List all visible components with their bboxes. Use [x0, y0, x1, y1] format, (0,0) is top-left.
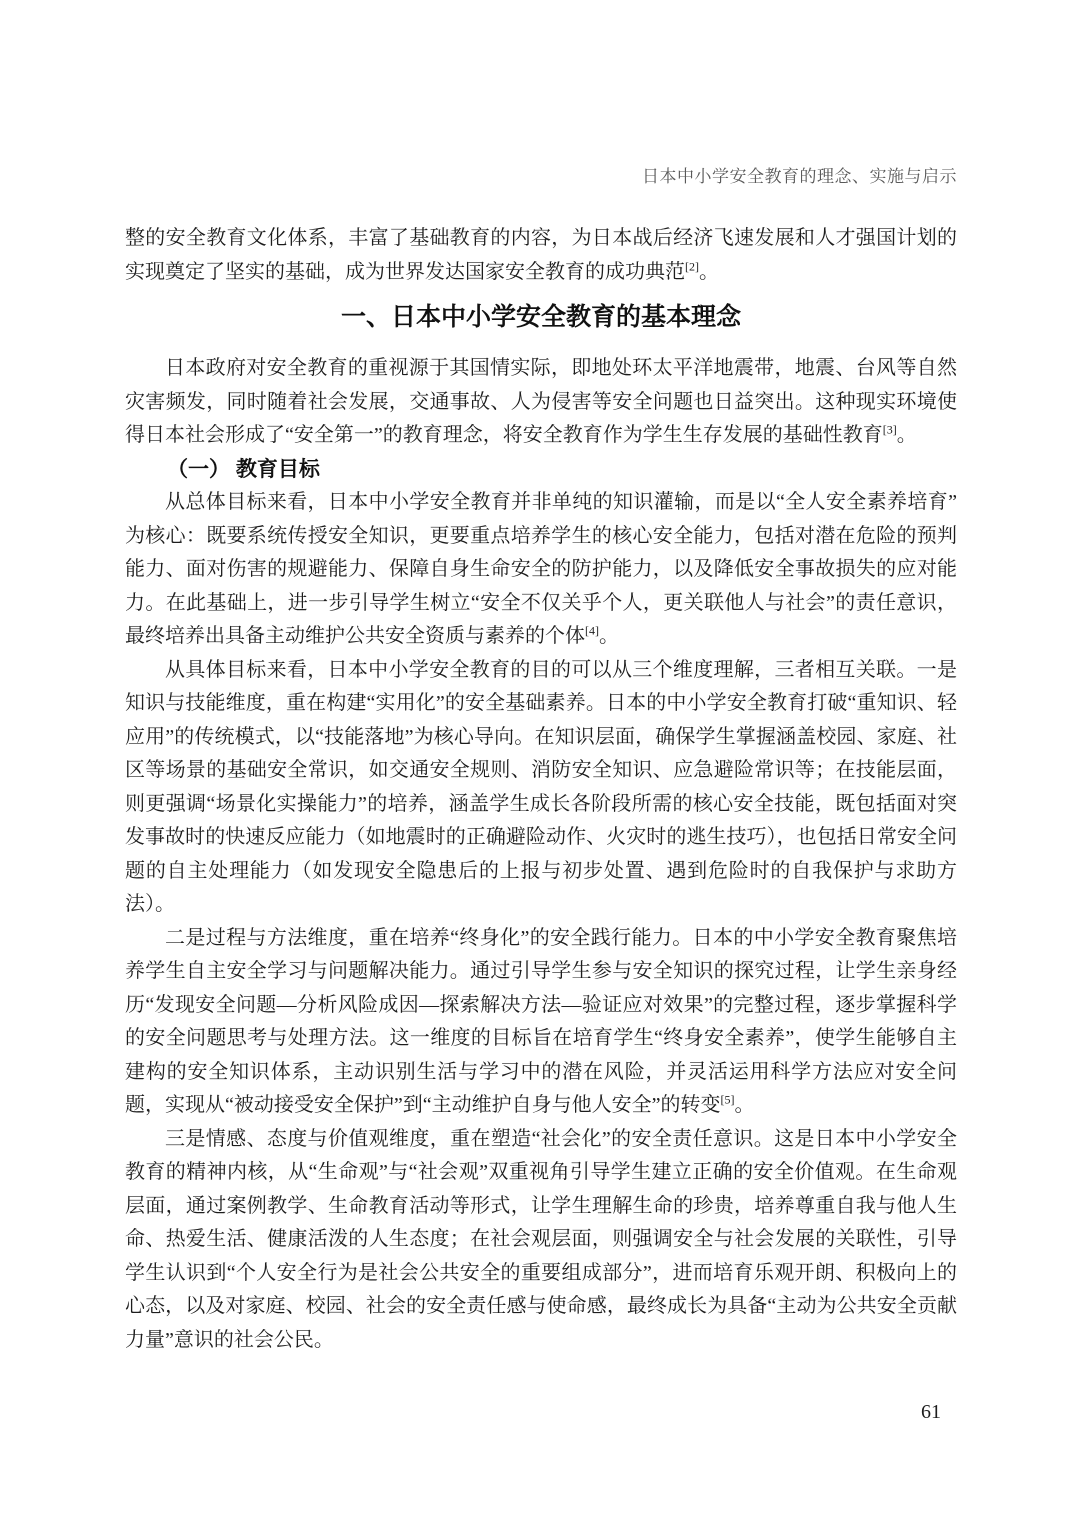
- footnote-ref-2: [2]: [685, 259, 699, 273]
- running-title: 日本中小学安全教育的理念、实施与启示: [642, 167, 957, 186]
- paragraph-tail: 。: [699, 261, 719, 283]
- paragraph-process-method-dimension: 二是过程与方法维度，重在培养“终身化”的安全践行能力。日本的中小学安全教育聚焦培…: [125, 922, 957, 1123]
- paragraph-text: 从总体目标来看，日本中小学安全教育并非单纯的知识灌输，而是以“全人安全素养培育”…: [125, 491, 957, 647]
- paragraph-text: 日本政府对安全教育的重视源于其国情实际，即地处环太平洋地震带，地震、台风等自然灾…: [125, 357, 957, 446]
- paragraph-overall-goals: 从总体目标来看，日本中小学安全教育并非单纯的知识灌输，而是以“全人安全素养培育”…: [125, 486, 957, 654]
- footnote-ref-3: [3]: [883, 422, 897, 436]
- paragraph-text: 二是过程与方法维度，重在培养“终身化”的安全践行能力。日本的中小学安全教育聚焦培…: [125, 927, 957, 1117]
- running-header: 日本中小学安全教育的理念、实施与启示: [125, 166, 957, 188]
- footnote-ref-4: [4]: [585, 623, 599, 637]
- paragraph-text: 三是情感、态度与价值观维度，重在塑造“社会化”的安全责任意识。这是日本中小学安全…: [125, 1128, 957, 1351]
- paragraph-knowledge-skills-dimension: 从具体目标来看，日本中小学安全教育的目的可以从三个维度理解，三者相互关联。一是知…: [125, 654, 957, 922]
- subsection-heading-education-goals: （一） 教育目标: [125, 453, 957, 487]
- paragraph-tail: 。: [897, 424, 917, 446]
- paragraph-values-dimension: 三是情感、态度与价值观维度，重在塑造“社会化”的安全责任意识。这是日本中小学安全…: [125, 1123, 957, 1358]
- article-body: 整的安全教育文化体系，丰富了基础教育的内容，为日本战后经济飞速发展和人才强国计划…: [125, 222, 957, 1357]
- paragraph-intro-continuation: 整的安全教育文化体系，丰富了基础教育的内容，为日本战后经济飞速发展和人才强国计划…: [125, 222, 957, 289]
- paragraph-text: 整的安全教育文化体系，丰富了基础教育的内容，为日本战后经济飞速发展和人才强国计划…: [125, 227, 957, 283]
- section-heading: 一、日本中小学安全教育的基本理念: [125, 297, 957, 337]
- document-page: 日本中小学安全教育的理念、实施与启示 整的安全教育文化体系，丰富了基础教育的内容…: [0, 0, 1080, 1528]
- page-number: 61: [921, 1400, 941, 1424]
- paragraph-tail: 。: [599, 625, 619, 647]
- paragraph-text: 从具体目标来看，日本中小学安全教育的目的可以从三个维度理解，三者相互关联。一是知…: [125, 659, 957, 916]
- footnote-ref-5: [5]: [721, 1092, 735, 1106]
- paragraph-national-context: 日本政府对安全教育的重视源于其国情实际，即地处环太平洋地震带，地震、台风等自然灾…: [125, 352, 957, 453]
- paragraph-tail: 。: [735, 1094, 755, 1116]
